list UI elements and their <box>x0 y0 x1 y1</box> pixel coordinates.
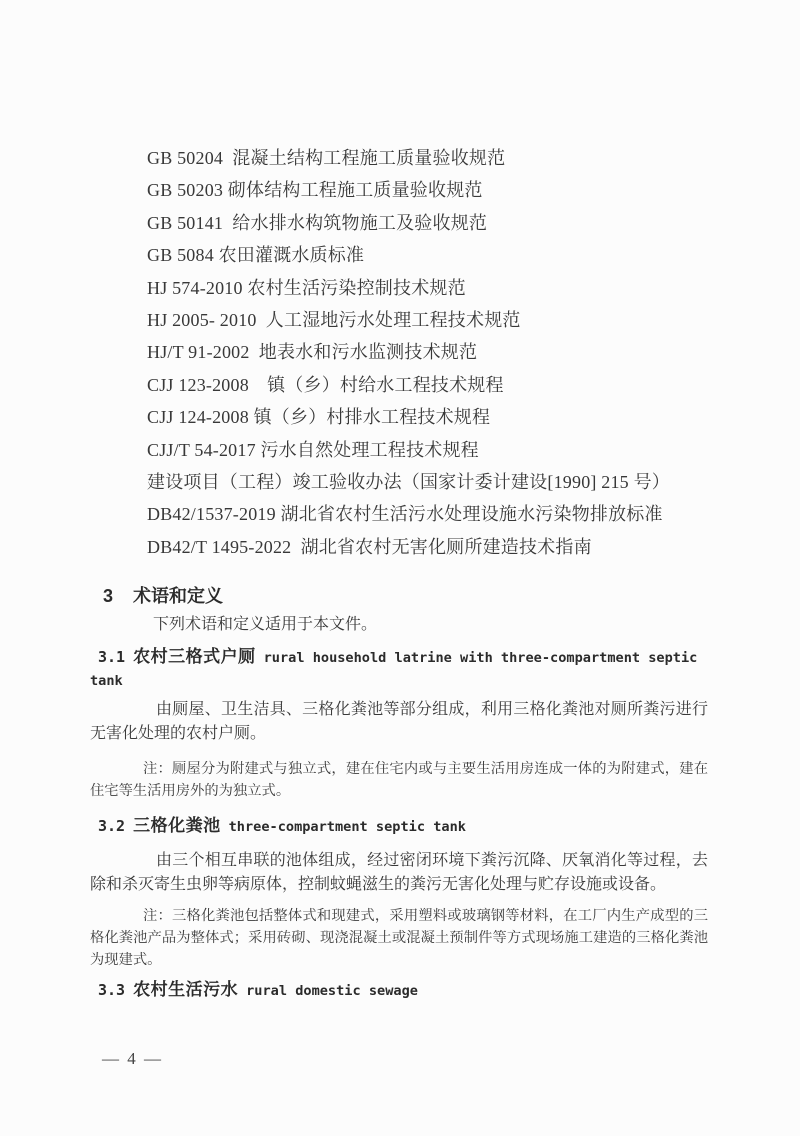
term-definition-3-2: 由三个相互串联的池体组成，经过密闭环境下粪污沉降、厌氧消化等过程，去除和杀灭寄生… <box>90 849 708 897</box>
term-number: 3.2 <box>98 817 125 835</box>
section-heading: 3术语和定义 <box>90 584 708 608</box>
document-page: GB 50204 混凝土结构工程施工质量验收规范 GB 50203 砌体结构工程… <box>0 0 800 1136</box>
reference-item: HJ/T 91-2002 地表水和污水监测技术规范 <box>90 336 708 368</box>
term-definition-3-1: 由厕屋、卫生洁具、三格化粪池等部分组成，利用三格化粪池对厕所粪污进行无害化处理的… <box>90 698 708 746</box>
section-title: 术语和定义 <box>133 586 223 606</box>
term-name-en: three-compartment septic tank <box>229 819 466 835</box>
reference-item: DB42/T 1495-2022 湖北省农村无害化厕所建造技术指南 <box>90 531 708 563</box>
references-list: GB 50204 混凝土结构工程施工质量验收规范 GB 50203 砌体结构工程… <box>90 142 708 563</box>
reference-item: HJ 574-2010 农村生活污染控制技术规范 <box>90 272 708 304</box>
reference-item: HJ 2005- 2010 人工湿地污水处理工程技术规范 <box>90 304 708 336</box>
reference-item: 建设项目（工程）竣工验收办法（国家计委计建设[1990] 215 号） <box>90 466 708 498</box>
reference-item: GB 50203 砌体结构工程施工质量验收规范 <box>90 174 708 206</box>
term-note-3-1: 注：厕屋分为附建式与独立式，建在住宅内或与主要生活用房连成一体的为附建式，建在住… <box>90 758 708 802</box>
reference-item: CJJ 123-2008 镇（乡）村给水工程技术规程 <box>90 369 708 401</box>
page-number: — 4 — <box>102 1049 161 1069</box>
reference-item: GB 5084 农田灌溉水质标准 <box>90 239 708 271</box>
reference-item: CJJ/T 54-2017 污水自然处理工程技术规程 <box>90 434 708 466</box>
term-heading-3-1: 3.1农村三格式户厕rural household latrine with t… <box>90 646 708 692</box>
term-name-cn: 三格化粪池 <box>133 816 221 835</box>
reference-item: GB 50204 混凝土结构工程施工质量验收规范 <box>90 142 708 174</box>
term-heading-3-3: 3.3农村生活污水rural domestic sewage <box>90 979 708 1002</box>
section-intro: 下列术语和定义适用于本文件。 <box>90 613 708 637</box>
reference-item: DB42/1537-2019 湖北省农村生活污水处理设施水污染物排放标准 <box>90 498 708 530</box>
term-name-en: rural domestic sewage <box>246 983 418 999</box>
section-number: 3 <box>103 584 113 608</box>
page-content: GB 50204 混凝土结构工程施工质量验收规范 GB 50203 砌体结构工程… <box>90 142 708 1002</box>
term-name-cn: 农村三格式户厕 <box>133 647 256 666</box>
reference-item: CJJ 124-2008 镇（乡）村排水工程技术规程 <box>90 401 708 433</box>
term-note-3-2: 注：三格化粪池包括整体式和现建式，采用塑料或玻璃钢等材料，在工厂内生产成型的三格… <box>90 905 708 971</box>
reference-item: GB 50141 给水排水构筑物施工及验收规范 <box>90 207 708 239</box>
term-name-cn: 农村生活污水 <box>133 980 238 999</box>
term-number: 3.3 <box>98 981 125 999</box>
term-heading-3-2: 3.2三格化粪池three-compartment septic tank <box>90 815 708 838</box>
term-number: 3.1 <box>98 648 125 666</box>
